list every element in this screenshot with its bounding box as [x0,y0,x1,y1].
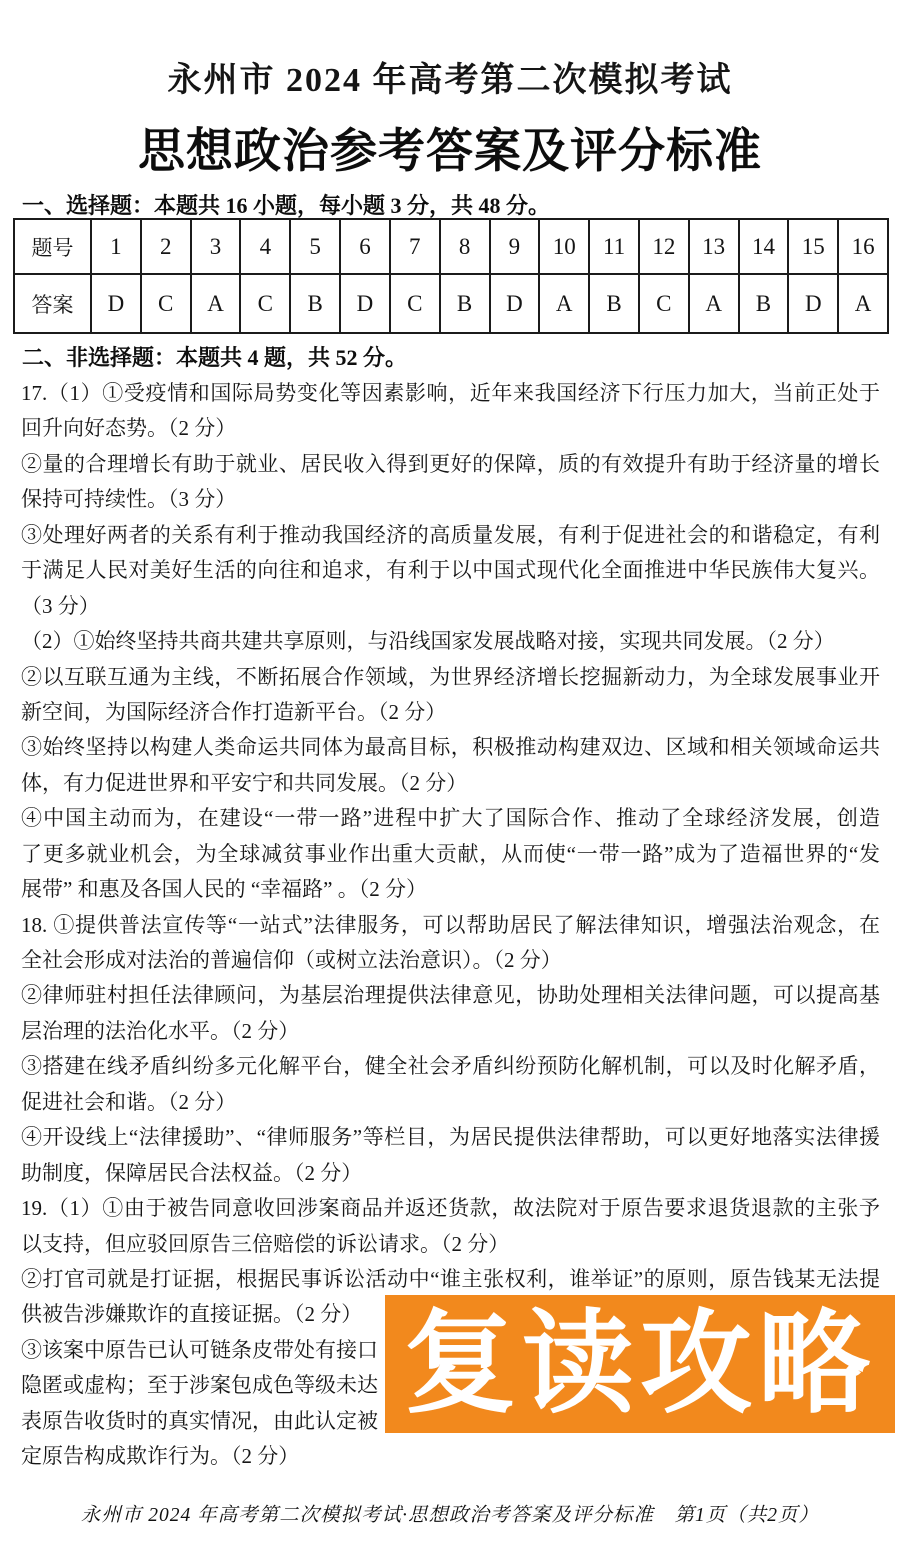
question-number-cell: 2 [141,219,191,274]
answer-text-line: ③始终坚持以构建人类命运共同体为最高目标，积极推动构建双边、区域和相关领域命运共… [21,730,880,765]
question-number-cell: 10 [539,219,589,274]
watermark-overlay: 复读攻略 [385,1295,895,1433]
answer-cell: D [91,274,141,333]
answer-cell: B [589,274,639,333]
answer-text-line: 回升向好态势。（2 分） [21,411,880,446]
answer-text-line: 促进社会和谐。（2 分） [21,1085,880,1120]
question-number-cell: 13 [689,219,739,274]
answer-cell: C [141,274,191,333]
question-number-cell: 3 [191,219,241,274]
answer-cell: A [689,274,739,333]
answer-text-line: ④开设线上“法律援助”、“律师服务”等栏目，为居民提供法律帮助，可以更好地落实法… [21,1120,880,1155]
answer-cell: A [539,274,589,333]
exam-title: 永州市 2024 年高考第二次模拟考试 [0,52,900,101]
answer-text-line: 定原告构成欺诈行为。（2 分） [21,1439,880,1474]
question-number-cell: 15 [788,219,838,274]
watermark-text: 复读攻略 [404,1295,876,1433]
answer-cell: B [290,274,340,333]
answer-text-line: 展带” 和惠及各国人民的 “幸福路” 。（2 分） [21,872,880,907]
question-number-cell: 1 [91,219,141,274]
question-number-cell: 7 [390,219,440,274]
answer-text-line: ③搭建在线矛盾纠纷多元化解平台，健全社会矛盾纠纷预防化解机制，可以及时化解矛盾， [21,1049,880,1084]
answer-row: 答案 DCACBDCBDABCABDA [14,274,888,333]
question-number-cell: 11 [589,219,639,274]
question-number-row-label: 题号 [14,219,91,274]
answer-row-label: 答案 [14,274,91,333]
answer-text-line: 保持可持续性。（3 分） [21,482,880,517]
question-number-cell: 12 [639,219,689,274]
answer-text-line: ③处理好两者的关系有利于推动我国经济的高质量发展，有利于促进社会的和谐稳定，有利 [21,518,880,553]
answer-table: 题号 12345678910111213141516 答案 DCACBDCBDA… [13,218,889,334]
answer-text-line: 18. ①提供普法宣传等“一站式”法律服务，可以帮助居民了解法律知识，增强法治观… [21,908,880,943]
answer-text-line: 19.（1）①由于被告同意收回涉案商品并返还货款，故法院对于原告要求退货退款的主… [21,1191,880,1226]
question-number-cell: 4 [240,219,290,274]
answer-text-line: ②以互联互通为主线，不断拓展合作领域，为世界经济增长挖掘新动力，为全球发展事业开… [21,660,880,695]
answer-text-line: ②律师驻村担任法律顾问，为基层治理提供法律意见，协助处理相关法律问题，可以提高基 [21,978,880,1013]
answer-text-line: 全社会形成对法治的普遍信仰（或树立法治意识）。（2 分） [21,943,880,978]
answer-text-line: （3 分） [21,589,880,624]
question-number-cell: 8 [440,219,490,274]
question-number-cell: 6 [340,219,390,274]
answer-text-line: 层治理的法治化水平。（2 分） [21,1014,880,1049]
question-number-cell: 16 [838,219,888,274]
question-number-cell: 14 [739,219,789,274]
question-number-row: 题号 12345678910111213141516 [14,219,888,274]
question-number-cell: 5 [290,219,340,274]
answer-cell: D [490,274,540,333]
answer-cell: C [240,274,290,333]
answer-cell: B [440,274,490,333]
answer-cell: B [739,274,789,333]
answer-text-line: 了更多就业机会，为全球减贫事业作出重大贡献，从而使“一带一路”成为了造福世界的“… [21,837,880,872]
section-nonchoice-heading: 二、非选择题：本题共 4 题，共 52 分。 [22,341,882,372]
section-choice-heading: 一、选择题：本题共 16 小题，每小题 3 分，共 48 分。 [22,189,882,220]
answer-cell: C [390,274,440,333]
answer-text-line: 以支持，但应驳回原告三倍赔偿的诉讼请求。（2 分） [21,1227,880,1262]
answer-text-line: 新空间，为国际经济合作打造新平台。（2 分） [21,695,880,730]
document-title: 思想政治参考答案及评分标准 [0,114,900,181]
exam-answer-document: 永州市 2024 年高考第二次模拟考试 思想政治参考答案及评分标准 一、选择题：… [0,0,900,1552]
question-number-cell: 9 [490,219,540,274]
answer-text-line: 助制度，保障居民合法权益。（2 分） [21,1156,880,1191]
answer-text-line: 于满足人民对美好生活的向往和追求，有利于以中国式现代化全面推进中华民族伟大复兴。 [21,553,880,588]
answer-cell: C [639,274,689,333]
answer-text-line: ④中国主动而为，在建设“一带一路”进程中扩大了国际合作、推动了全球经济发展，创造 [21,801,880,836]
answer-cell: D [788,274,838,333]
answer-text-line: ②打官司就是打证据，根据民事诉讼活动中“谁主张权利，谁举证”的原则，原告钱某无法… [21,1262,880,1297]
answer-text-line: 体，有力促进世界和平安宁和共同发展。（2 分） [21,766,880,801]
answer-text-line: 17.（1）①受疫情和国际局势变化等因素影响，近年来我国经济下行压力加大，当前正… [21,376,880,411]
answer-cell: D [340,274,390,333]
answer-text-line: （2）①始终坚持共商共建共享原则，与沿线国家发展战略对接，实现共同发展。（2 分… [21,624,880,659]
answer-text-line: ②量的合理增长有助于就业、居民收入得到更好的保障，质的有效提升有助于经济量的增长 [21,447,880,482]
page-footer: 永州市 2024 年高考第二次模拟考试·思想政治考答案及评分标准 第1页（共2页… [0,1499,900,1527]
answer-cell: A [191,274,241,333]
answer-cell: A [838,274,888,333]
